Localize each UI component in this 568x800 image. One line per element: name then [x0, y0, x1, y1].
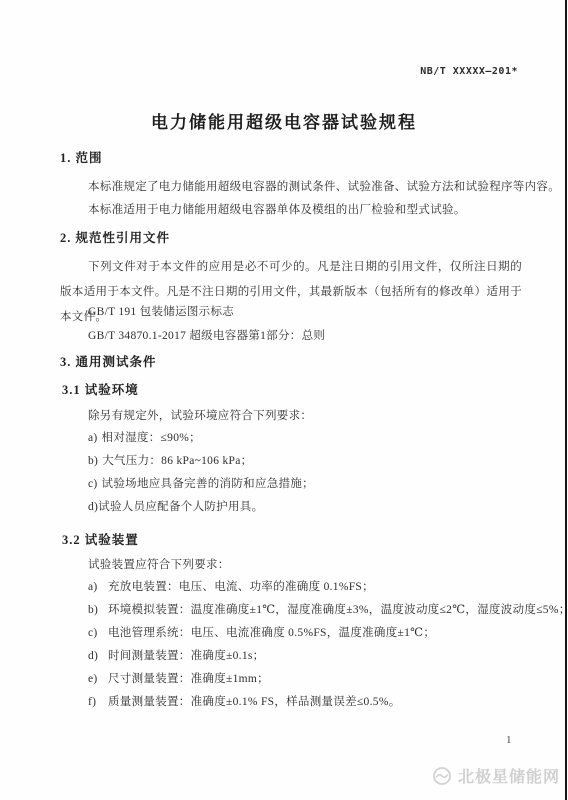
- beijixing-energy-logo-icon: [432, 766, 452, 786]
- section-1-paragraph-1: 本标准规定了电力储能用超级电容器的测试条件、试验准备、试验方法和试验程序等内容。: [88, 178, 560, 194]
- section-3-heading: 3. 通用测试条件: [60, 352, 157, 370]
- list-item: c)电池管理系统：电压、电流准确度 0.5%FS，温度准确度±1℃；: [88, 627, 568, 639]
- list-item: d)时间测量装置：准确度±0.1s；: [88, 650, 568, 662]
- list-item: b)大气压力：86 kPa~106 kPa；: [88, 455, 314, 467]
- list-item: a)相对湿度：≤90%；: [88, 432, 314, 444]
- list-item: b)环境模拟装置：温度准确度±1℃，湿度准确度±3%，温度波动度≤2℃，湿度波动…: [88, 604, 568, 616]
- section-3-2-list: a)充放电装置：电压、电流、功率的准确度 0.1%FS； b)环境模拟装置：温度…: [88, 581, 568, 719]
- list-item-text: 时间测量装置：准确度±0.1s；: [108, 650, 264, 662]
- section-1-paragraph-2: 本标准适用于电力储能用超级电容器单体及模组的出厂检验和型式试验。: [88, 201, 466, 217]
- section-3-1-list: a)相对湿度：≤90%； b)大气压力：86 kPa~106 kPa； c)试验…: [88, 432, 314, 524]
- list-item-text: 环境模拟装置：温度准确度±1℃，湿度准确度±3%，温度波动度≤2℃，湿度波动度≤…: [108, 604, 568, 616]
- list-item-label: b): [88, 455, 98, 467]
- list-item-text: 充放电装置：电压、电流、功率的准确度 0.1%FS；: [108, 581, 374, 593]
- list-item-text: 电池管理系统：电压、电流准确度 0.5%FS，温度准确度±1℃；: [108, 627, 435, 639]
- list-item: f)质量测量装置：准确度±0.1% FS，样品测量误差≤0.5%。: [88, 696, 568, 708]
- standard-code: NB/T XXXXX—201*: [420, 66, 518, 77]
- section-3-2-heading: 3.2 试验装置: [62, 530, 139, 548]
- list-item: a)充放电装置：电压、电流、功率的准确度 0.1%FS；: [88, 581, 568, 593]
- section-3-1-intro: 除另有规定外，试验环境应符合下列要求：: [88, 407, 312, 423]
- list-item-label: e): [88, 673, 108, 685]
- list-item: c)试验场地应具备完善的消防和应急措施；: [88, 478, 314, 490]
- list-item-label: a): [88, 581, 108, 593]
- list-item-text: 尺寸测量装置：准确度±1mm；: [108, 673, 269, 685]
- reference-gbt191: GB/T 191 包装储运图示标志: [88, 303, 234, 319]
- reference-gbt34870: GB/T 34870.1-2017 超级电容器第1部分：总则: [88, 327, 325, 343]
- section-3-2-intro: 试验装置应符合下列要求：: [88, 556, 230, 572]
- list-item-label: d): [88, 650, 108, 662]
- section-1-heading: 1. 范围: [60, 148, 103, 166]
- list-item-label: f): [88, 696, 108, 708]
- list-item: e)尺寸测量装置：准确度±1mm；: [88, 673, 568, 685]
- list-item-label: c): [88, 627, 108, 639]
- watermark: 北极星储能网: [432, 764, 560, 787]
- list-item-label: a): [88, 432, 98, 444]
- document-page: NB/T XXXXX—201* 电力储能用超级电容器试验规程 1. 范围 本标准…: [0, 0, 568, 800]
- list-item-label: b): [88, 604, 108, 616]
- watermark-label: 北极星储能网: [458, 764, 560, 787]
- list-item-text: 大气压力：86 kPa~106 kPa；: [102, 455, 252, 467]
- document-title: 电力储能用超级电容器试验规程: [0, 108, 568, 133]
- page-number: 1: [506, 734, 512, 746]
- list-item-text: 质量测量装置：准确度±0.1% FS，样品测量误差≤0.5%。: [108, 696, 401, 708]
- list-item-text: 相对湿度：≤90%；: [102, 432, 201, 444]
- list-item-label: c): [88, 478, 98, 490]
- list-item-label: d): [88, 501, 98, 513]
- list-item-text: 试验场地应具备完善的消防和应急措施；: [102, 478, 314, 490]
- section-2-heading: 2. 规范性引用文件: [60, 228, 170, 246]
- list-item-text: 试验人员应配备个人防护用具。: [98, 501, 263, 513]
- section-3-1-heading: 3.1 试验环境: [62, 380, 139, 398]
- list-item: d)试验人员应配备个人防护用具。: [88, 501, 314, 513]
